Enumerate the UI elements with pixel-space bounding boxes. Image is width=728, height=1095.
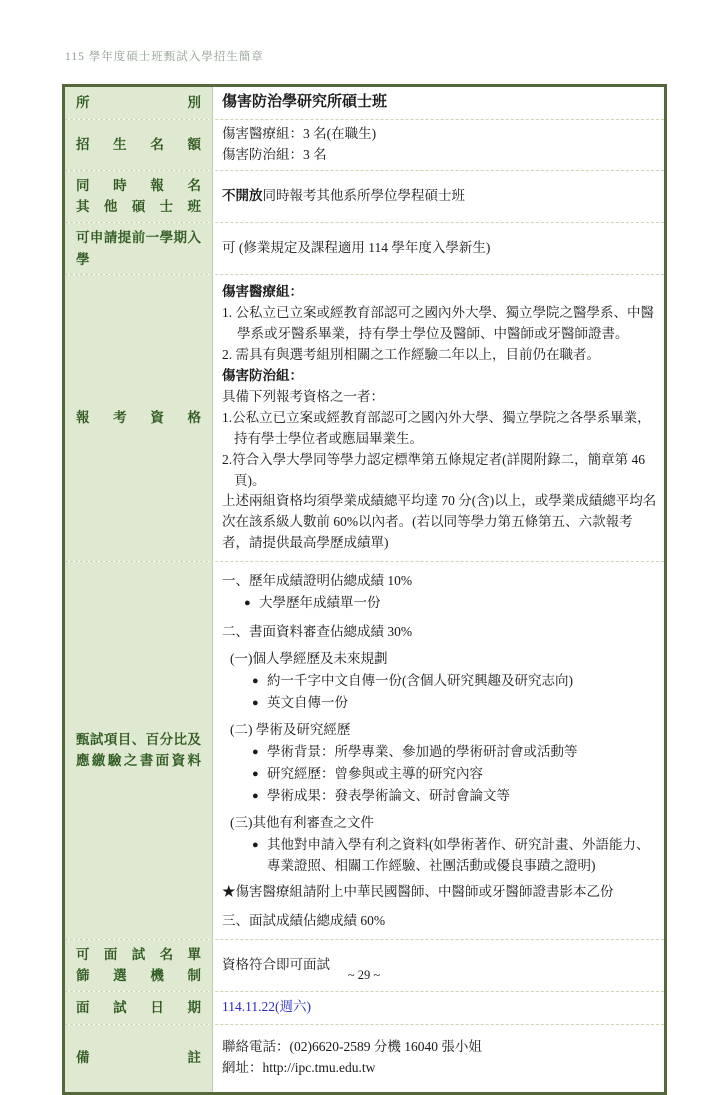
- cell-department: 傷害防治學研究所碩士班: [213, 87, 664, 119]
- row-label-exam-items: 甄試項目、百分比及 應繳驗之書面資料: [65, 562, 213, 938]
- contact-phone: 聯絡電話：(02)6620-2589 分機 16040 張小姐: [222, 1037, 658, 1058]
- bullet-icon: ●: [252, 742, 267, 763]
- eligibility-item: 2. 需具有與選考組別相關之工作經驗二年以上，目前仍在職者。: [222, 345, 658, 366]
- row-label-interview-date: 面試日期: [65, 992, 213, 1024]
- cell-exam-items: 一、歷年成績證明佔總成績 10% ●大學歷年成績單一份 二、書面資料審查佔總成績…: [213, 562, 664, 938]
- exam-bullet-item: ●大學歷年成績單一份: [222, 593, 658, 614]
- policy-bold-part: 不開放: [222, 188, 263, 203]
- bullet-icon: ●: [244, 593, 259, 614]
- label-text: 其他碩士班: [76, 196, 201, 218]
- interview-date-link[interactable]: 114.11.22(週六): [222, 997, 658, 1018]
- bullet-text: 研究經歷：曾參與或主導的研究內容: [267, 764, 658, 785]
- label-text: 同時報名: [76, 175, 201, 197]
- eligibility-group-heading: 傷害防治組：: [222, 366, 658, 387]
- row-early-entry: 可申請提前一學期入學 可 (修業規定及課程適用 114 學年度入學新生): [65, 223, 664, 275]
- exam-bullet-item: ●學術成果：發表學術論文、研討會論文等: [222, 786, 658, 807]
- row-eligibility: 報考資格 傷害醫療組： 1. 公私立已立案或經教育部認可之國內外大學、獨立學院之…: [65, 275, 664, 562]
- admission-info-table: 所別 傷害防治學研究所碩士班 招生名額 傷害醫療組：3 名(在職生) 傷害防治組…: [62, 84, 667, 1095]
- row-exam-items: 甄試項目、百分比及 應繳驗之書面資料 一、歷年成績證明佔總成績 10% ●大學歷…: [65, 562, 664, 939]
- label-text: 面試日期: [76, 997, 201, 1019]
- eligibility-intro: 具備下列報考資格之一者：: [222, 387, 658, 408]
- label-text: 可面試名單: [76, 944, 201, 966]
- cell-interview-date: 114.11.22(週六): [213, 992, 664, 1024]
- bullet-icon: ●: [252, 764, 267, 785]
- department-name: 傷害防治學研究所碩士班: [222, 91, 658, 114]
- bullet-text: 約一千字中文自傳一份(含個人研究興趣及研究志向): [267, 671, 658, 692]
- bullet-icon: ●: [252, 693, 267, 714]
- row-label-notes: 備註: [65, 1025, 213, 1092]
- exam-section: 一、歷年成績證明佔總成績 10%: [222, 571, 658, 592]
- bullet-text: 大學歷年成績單一份: [259, 593, 658, 614]
- website-url: 網址：http://ipc.tmu.edu.tw: [222, 1058, 658, 1079]
- eligibility-item: 1. 公私立已立案或經教育部認可之國內外大學、獨立學院之醫學系、中醫學系或牙醫系…: [222, 303, 658, 345]
- bullet-icon: ●: [252, 671, 267, 692]
- bullet-text: 學術成果：發表學術論文、研討會論文等: [267, 786, 658, 807]
- quota-line: 傷害防治組：3 名: [222, 145, 658, 166]
- early-entry-value: 可 (修業規定及課程適用 114 學年度入學新生): [222, 238, 658, 259]
- row-label-early-entry: 可申請提前一學期入學: [65, 223, 213, 274]
- bullet-icon: ●: [252, 786, 267, 807]
- row-label-concurrent: 同時報名 其他碩士班: [65, 171, 213, 222]
- label-text: 所別: [76, 92, 201, 114]
- cell-concurrent: 不開放同時報考其他系所學位學程碩士班: [213, 171, 664, 222]
- cell-quota: 傷害醫療組：3 名(在職生) 傷害防治組：3 名: [213, 120, 664, 170]
- label-text: 甄試項目、百分比及: [76, 729, 201, 751]
- row-department: 所別 傷害防治學研究所碩士班: [65, 87, 664, 120]
- eligibility-item: 1.公私立已立案或經教育部認可之國內外大學、獨立學院之各學系畢業，持有學士學位者…: [222, 408, 658, 450]
- page-number: ~ 29 ~: [0, 968, 728, 983]
- exam-section: 三、面試成績佔總成績 60%: [222, 911, 658, 932]
- concurrent-policy: 不開放同時報考其他系所學位學程碩士班: [222, 186, 658, 207]
- bullet-icon: ●: [252, 835, 267, 856]
- cell-screening: 資格符合即可面試: [213, 940, 664, 991]
- exam-subsection: (一)個人學經歷及未來規劃: [222, 649, 658, 670]
- row-label-screening: 可面試名單 篩選機制: [65, 940, 213, 991]
- eligibility-group-heading: 傷害醫療組：: [222, 282, 658, 303]
- quota-line: 傷害醫療組：3 名(在職生): [222, 124, 658, 145]
- row-concurrent-application: 同時報名 其他碩士班 不開放同時報考其他系所學位學程碩士班: [65, 171, 664, 223]
- exam-bullet-item: ●其他對申請入學有利之資料(如學術著作、研究計畫、外語能力、專業證照、相關工作經…: [222, 835, 658, 877]
- policy-rest-part: 同時報考其他系所學位學程碩士班: [263, 188, 466, 203]
- exam-bullet-item: ●研究經歷：曾參與或主導的研究內容: [222, 764, 658, 785]
- label-text: 報考資格: [76, 407, 201, 429]
- cell-eligibility: 傷害醫療組： 1. 公私立已立案或經教育部認可之國內外大學、獨立學院之醫學系、中…: [213, 275, 664, 561]
- exam-section: 二、書面資料審查佔總成績 30%: [222, 622, 658, 643]
- exam-bullet-item: ●學術背景：所學專業、參加過的學術研討會或活動等: [222, 742, 658, 763]
- row-label-quota: 招生名額: [65, 120, 213, 170]
- eligibility-note: 上述兩組資格均須學業成績總平均達 70 分(含)以上，或學業成績總平均名次在該系…: [222, 491, 658, 554]
- bullet-text: 其他對申請入學有利之資料(如學術著作、研究計畫、外語能力、專業證照、相關工作經驗…: [267, 835, 658, 877]
- row-quota: 招生名額 傷害醫療組：3 名(在職生) 傷害防治組：3 名: [65, 120, 664, 171]
- bullet-text: 英文自傳一份: [267, 693, 658, 714]
- exam-bullet-item: ●英文自傳一份: [222, 693, 658, 714]
- label-text: 備註: [76, 1047, 201, 1069]
- exam-bullet-item: ●約一千字中文自傳一份(含個人研究興趣及研究志向): [222, 671, 658, 692]
- page-title: 115 學年度碩士班甄試入學招生簡章: [65, 48, 264, 64]
- bullet-text: 學術背景：所學專業、參加過的學術研討會或活動等: [267, 742, 658, 763]
- label-text: 應繳驗之書面資料: [76, 750, 201, 772]
- row-notes: 備註 聯絡電話：(02)6620-2589 分機 16040 張小姐 網址：ht…: [65, 1025, 664, 1092]
- eligibility-item: 2.符合入學大學同等學力認定標準第五條規定者(詳閱附錄二，簡章第 46 頁)。: [222, 450, 658, 492]
- label-text: 招生名額: [76, 134, 201, 156]
- label-text: 可申請提前一學期入學: [76, 227, 201, 270]
- exam-star-note: ★傷害醫療組請附上中華民國醫師、中醫師或牙醫師證書影本乙份: [222, 882, 658, 903]
- exam-subsection: (二) 學術及研究經歷: [222, 720, 658, 741]
- cell-early-entry: 可 (修業規定及課程適用 114 學年度入學新生): [213, 223, 664, 274]
- row-label-department: 所別: [65, 87, 213, 119]
- exam-subsection: (三)其他有利審查之文件: [222, 813, 658, 834]
- row-label-eligibility: 報考資格: [65, 275, 213, 561]
- row-interview-date: 面試日期 114.11.22(週六): [65, 992, 664, 1025]
- row-screening: 可面試名單 篩選機制 資格符合即可面試: [65, 940, 664, 992]
- cell-notes: 聯絡電話：(02)6620-2589 分機 16040 張小姐 網址：http:…: [213, 1025, 664, 1092]
